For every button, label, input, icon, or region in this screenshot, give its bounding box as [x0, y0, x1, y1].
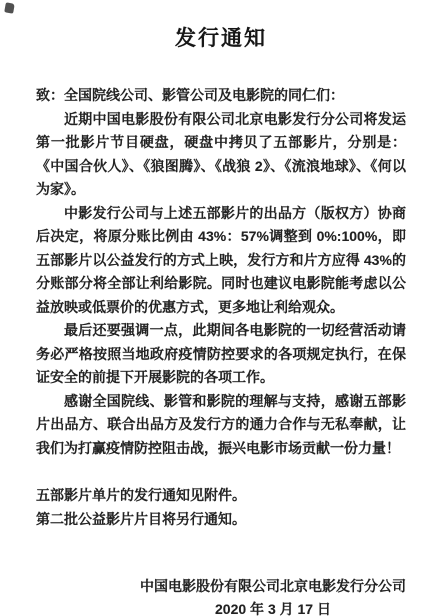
scan-ink-artifact [4, 2, 15, 13]
attachment-notes: 五部影片单片的发行通知见附件。 第二批公益影片片目将另行通知。 [36, 484, 406, 531]
note-line-second-batch: 第二批公益影片片目将另行通知。 [36, 508, 406, 532]
notice-document: 发行通知 致：全国院线公司、影管公司及电影院的同仁们： 近期中国电影股份有限公司… [0, 0, 440, 616]
body-paragraph-2: 中影发行公司与上述五部影片的出品方（版权方）协商后决定，将原分账比例由 43%：… [36, 202, 406, 320]
salutation-line: 致：全国院线公司、影管公司及电影院的同仁们： [36, 84, 406, 108]
document-body: 致：全国院线公司、影管公司及电影院的同仁们： 近期中国电影股份有限公司北京电影发… [36, 84, 406, 460]
body-paragraph-4: 感谢全国院线、影管和影院的理解与支持，感谢五部影片出品方、联合出品方及发行方的通… [36, 390, 406, 461]
signature-block: 中国电影股份有限公司北京电影发行分公司 2020 年 3 月 17 日 [140, 575, 406, 616]
scanned-notice-page: { "page": { "background": "#ffffff", "te… [0, 0, 440, 616]
body-paragraph-1: 近期中国电影股份有限公司北京电影发行分公司将发运第一批影片节目硬盘，硬盘中拷贝了… [36, 108, 406, 202]
signature-line: 中国电影股份有限公司北京电影发行分公司 [140, 575, 406, 598]
body-paragraph-3: 最后还要强调一点，此期间各电影院的一切经营活动请务必严格按照当地政府疫情防控要求… [36, 319, 406, 390]
note-line-attachment: 五部影片单片的发行通知见附件。 [36, 484, 406, 508]
document-title: 发行通知 [36, 24, 406, 54]
date-line: 2020 年 3 月 17 日 [140, 598, 406, 616]
